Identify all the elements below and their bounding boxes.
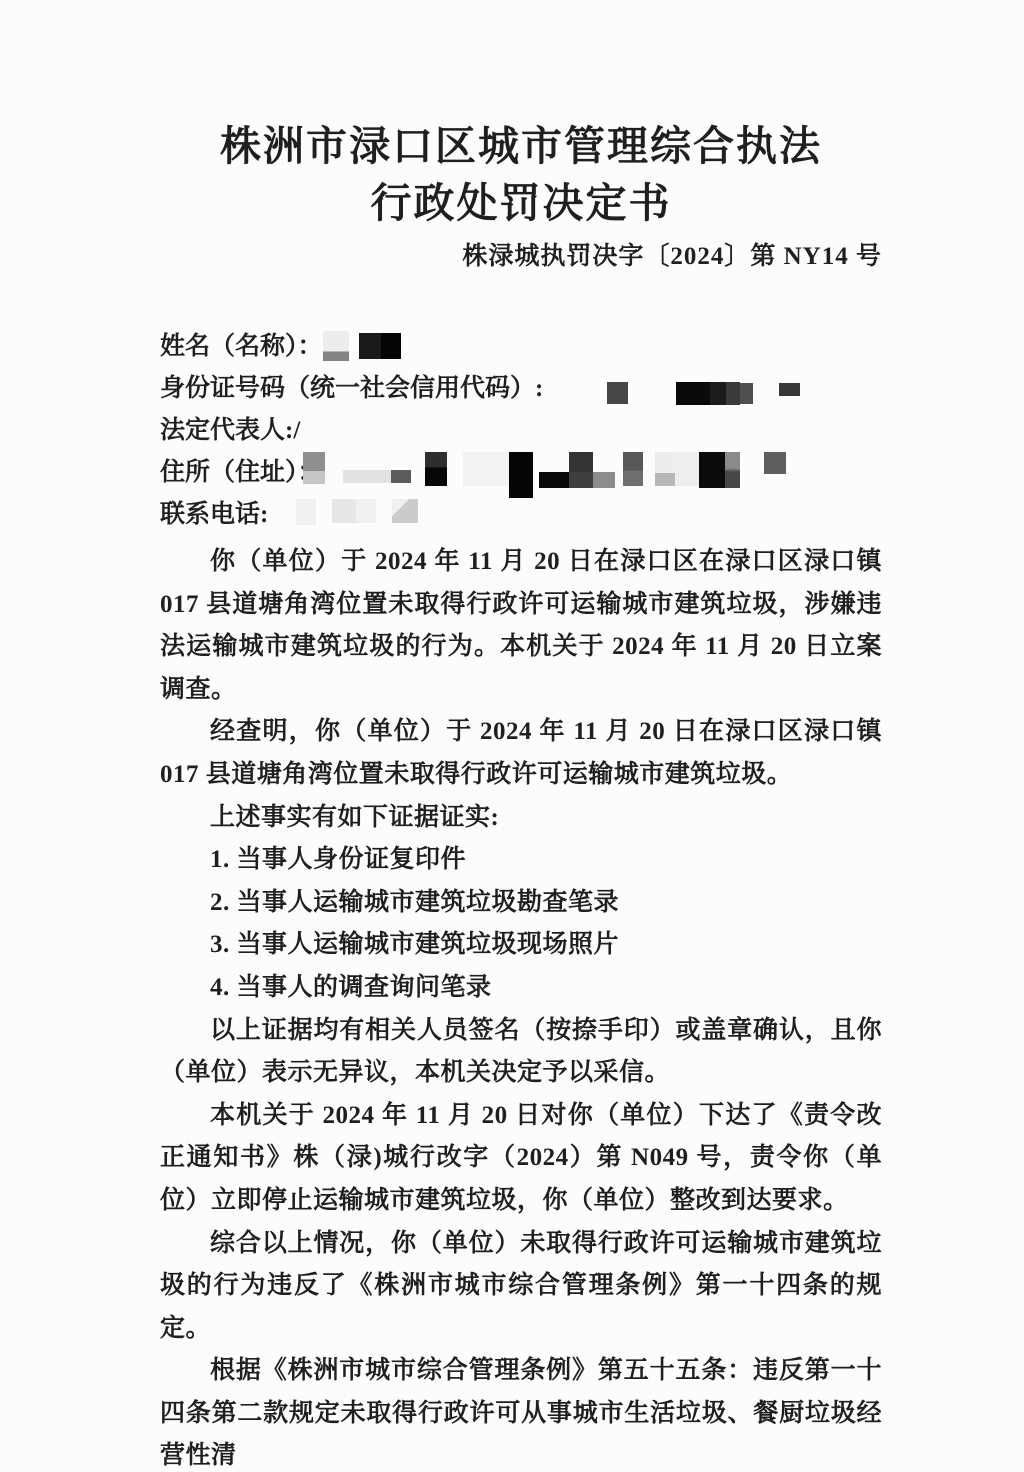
id-field-label: 身份证号码（统一社会信用代码）: — [160, 368, 543, 410]
redaction-block — [323, 331, 349, 361]
redaction-block — [675, 452, 699, 486]
name-field-label: 姓名（名称）： — [160, 326, 323, 368]
redaction-block — [699, 452, 725, 488]
scanned-document-page: 株洲市渌口区城市管理综合执法 行政处罚决定书 株渌城执罚决字〔2024〕第 NY… — [0, 0, 1024, 1472]
redaction-block — [779, 383, 800, 396]
redaction-block — [359, 333, 381, 359]
redaction-block — [764, 452, 786, 474]
legal-rep-field-label: 法定代表人: — [160, 410, 293, 452]
redaction-block — [676, 382, 710, 405]
document-content: 株洲市渌口区城市管理综合执法 行政处罚决定书 株渌城执罚决字〔2024〕第 NY… — [160, 0, 882, 1472]
phone-redaction — [296, 499, 418, 525]
paragraph-violation-conclusion: 综合以上情况，你（单位）未取得行政许可运输城市建筑垃圾的行为违反了《株洲市城市综… — [160, 1223, 882, 1351]
party-info-fields: 姓名（名称）： 身份证号码（统一社会信用代码）: — [160, 326, 882, 536]
evidence-item-4: 4. 当事人的调查询问笔录 — [160, 967, 882, 1010]
paragraph-evidence-intro: 上述事实有如下证据证实: — [160, 797, 882, 840]
evidence-item-3: 3. 当事人运输城市建筑垃圾现场照片 — [160, 924, 882, 967]
document-body: 你（单位）于 2024 年 11 月 20 日在渌口区在渌口区渌口镇 017 县… — [160, 541, 882, 1472]
field-row-address: 住所（住址）： — [160, 452, 882, 494]
redaction-block — [425, 452, 447, 486]
field-row-legal-representative: 法定代表人: / — [160, 410, 882, 452]
field-row-id-number: 身份证号码（统一社会信用代码）: — [160, 368, 882, 410]
redaction-block — [332, 499, 356, 523]
redaction-block — [569, 452, 593, 488]
paragraph-findings: 经查明，你（单位）于 2024 年 11 月 20 日在渌口区渌口镇 017 县… — [160, 711, 882, 796]
redaction-block — [593, 472, 615, 488]
evidence-item-1: 1. 当事人身份证复印件 — [160, 839, 882, 882]
redaction-block — [607, 382, 628, 404]
field-row-name: 姓名（名称）： — [160, 326, 882, 368]
document-title-line1: 株洲市渌口区城市管理综合执法 — [160, 118, 882, 175]
evidence-item-2: 2. 当事人运输城市建筑垃圾勘查笔录 — [160, 882, 882, 925]
redaction-block — [623, 452, 643, 486]
redaction-block — [726, 382, 740, 405]
document-title-line2: 行政处罚决定书 — [160, 175, 882, 232]
redaction-block — [391, 470, 411, 483]
paragraph-correction-order: 本机关于 2024 年 11 月 20 日对你（单位）下达了《责令改正通知书》株… — [160, 1095, 882, 1223]
redaction-block — [539, 472, 569, 488]
paragraph-evidence-confirmation: 以上证据均有相关人员签名（按捺手印）或盖章确认，且你（单位）表示无异议，本机关决… — [160, 1010, 882, 1095]
redaction-block — [381, 333, 401, 359]
redaction-block — [356, 499, 376, 523]
id-redaction — [543, 382, 800, 405]
redaction-block — [463, 452, 509, 486]
redaction-block — [296, 499, 316, 525]
redaction-block — [343, 470, 391, 483]
address-redaction — [303, 452, 786, 498]
paragraph-legal-basis: 根据《株洲市城市综合管理条例》第五十五条：违反第一十四条第二款规定未取得行政许可… — [160, 1350, 882, 1472]
paragraph-case-facts: 你（单位）于 2024 年 11 月 20 日在渌口区在渌口区渌口镇 017 县… — [160, 541, 882, 711]
redaction-block — [740, 383, 753, 404]
document-number: 株渌城执罚决字〔2024〕第 NY14 号 — [160, 240, 882, 274]
redaction-block — [710, 382, 726, 405]
redaction-block — [725, 452, 740, 488]
redaction-block — [509, 452, 533, 498]
legal-rep-field-value: / — [293, 410, 300, 452]
phone-field-label: 联系电话: — [160, 494, 268, 536]
redaction-block — [392, 499, 418, 523]
redaction-block — [655, 452, 675, 486]
redaction-block — [303, 452, 325, 484]
field-row-phone: 联系电话: — [160, 494, 882, 536]
address-field-label: 住所（住址）： — [160, 452, 323, 494]
name-redaction — [323, 331, 401, 361]
